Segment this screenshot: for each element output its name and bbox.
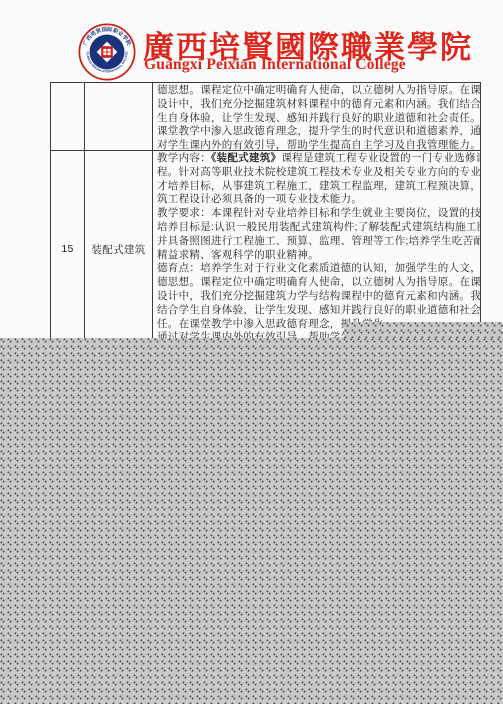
text-line: 德思想。课程定位中确定明确育人使命，以立德树人为指导原。在课程 xyxy=(157,276,477,290)
text-line: 生自身体验，让学生发现、感知并践行良好的职业道德和社会责任。在 xyxy=(157,112,477,126)
text-line: 对学生课内外的有效引导，帮助学生提高自主学习及自我管理能力。 xyxy=(157,139,477,151)
text-line: 德育点：培养学生对于行业文化素质道德的认知，加强学生的人文，道 xyxy=(157,262,477,276)
row2-course-cell: 装配式建筑 xyxy=(85,151,153,348)
text-line: 德思想。课程定位中确定明确育人使命，以立德树人为指导原。在课程 xyxy=(157,84,477,98)
text-line: 并具备照图进行工程施工、预算、监理、管理等工作;培养学生吃苦耐劳、 xyxy=(157,235,477,249)
college-name-english: Guangxi Peixian International College xyxy=(144,56,406,74)
text-line: 培养目标是:认识一般民用装配式建筑构件;了解装配式建筑结构施工图 xyxy=(157,221,477,235)
text-line: 设计中，我们充分挖掘建筑力学与结构课程中的德育元素和内涵。我们 xyxy=(157,290,477,304)
text-line: 教学内容：《装配式建筑》课程是建筑工程专业设置的一门专业选修课 xyxy=(157,152,477,166)
text-line: 才培养目标，从事建筑工程施工，建筑工程监理，建筑工程预决算，建 xyxy=(157,180,477,194)
text-line: 设计中，我们充分挖掘建筑材料课程中的德育元素和内涵。我们结合学 xyxy=(157,98,477,112)
page-edge-dither-overlay xyxy=(344,322,503,338)
row1-course-cell xyxy=(85,83,153,151)
college-logo-icon: 广西培贤国际职业学院 GUANGXI PEIXIAN INTERNATIONAL… xyxy=(78,23,136,81)
page-bottom-dither-background xyxy=(0,338,503,704)
row2-number-cell: 15 xyxy=(51,151,85,348)
row2-description-rest: 程。针对高等职业技术院校建筑工程技术专业及相关专业方向的专业人才培养目标，从事建… xyxy=(157,166,477,345)
text-line: 筑工程设计必须具备的一项专业技术能力。 xyxy=(157,193,477,207)
text-line: 程。针对高等职业技术院校建筑工程技术专业及相关专业方向的专业人 xyxy=(157,166,477,180)
text-line: 课堂教学中渗入思政德育理念，提升学生的时代意识和道德素养，通过 xyxy=(157,125,477,139)
text-line: 精益求精、客观科学的职业精神。 xyxy=(157,249,477,263)
row1-number-cell xyxy=(51,83,85,151)
row1-description-cell: 德思想。课程定位中确定明确育人使命，以立德树人为指导原。在课程设计中，我们充分挖… xyxy=(153,83,481,151)
text-line: 教学要求：本课程针对专业培养目标和学生就业主要岗位，设置的技能 xyxy=(157,207,477,221)
course-table: 德思想。课程定位中确定明确育人使命，以立德树人为指导原。在课程设计中，我们充分挖… xyxy=(50,82,481,348)
row2-description-cell: 教学内容：《装配式建筑》课程是建筑工程专业设置的一门专业选修课 程。针对高等职业… xyxy=(153,151,481,348)
text-line: 结合学生自身体验，让学生发现、感知并践行良好的职业道德和社会责 xyxy=(157,304,477,318)
